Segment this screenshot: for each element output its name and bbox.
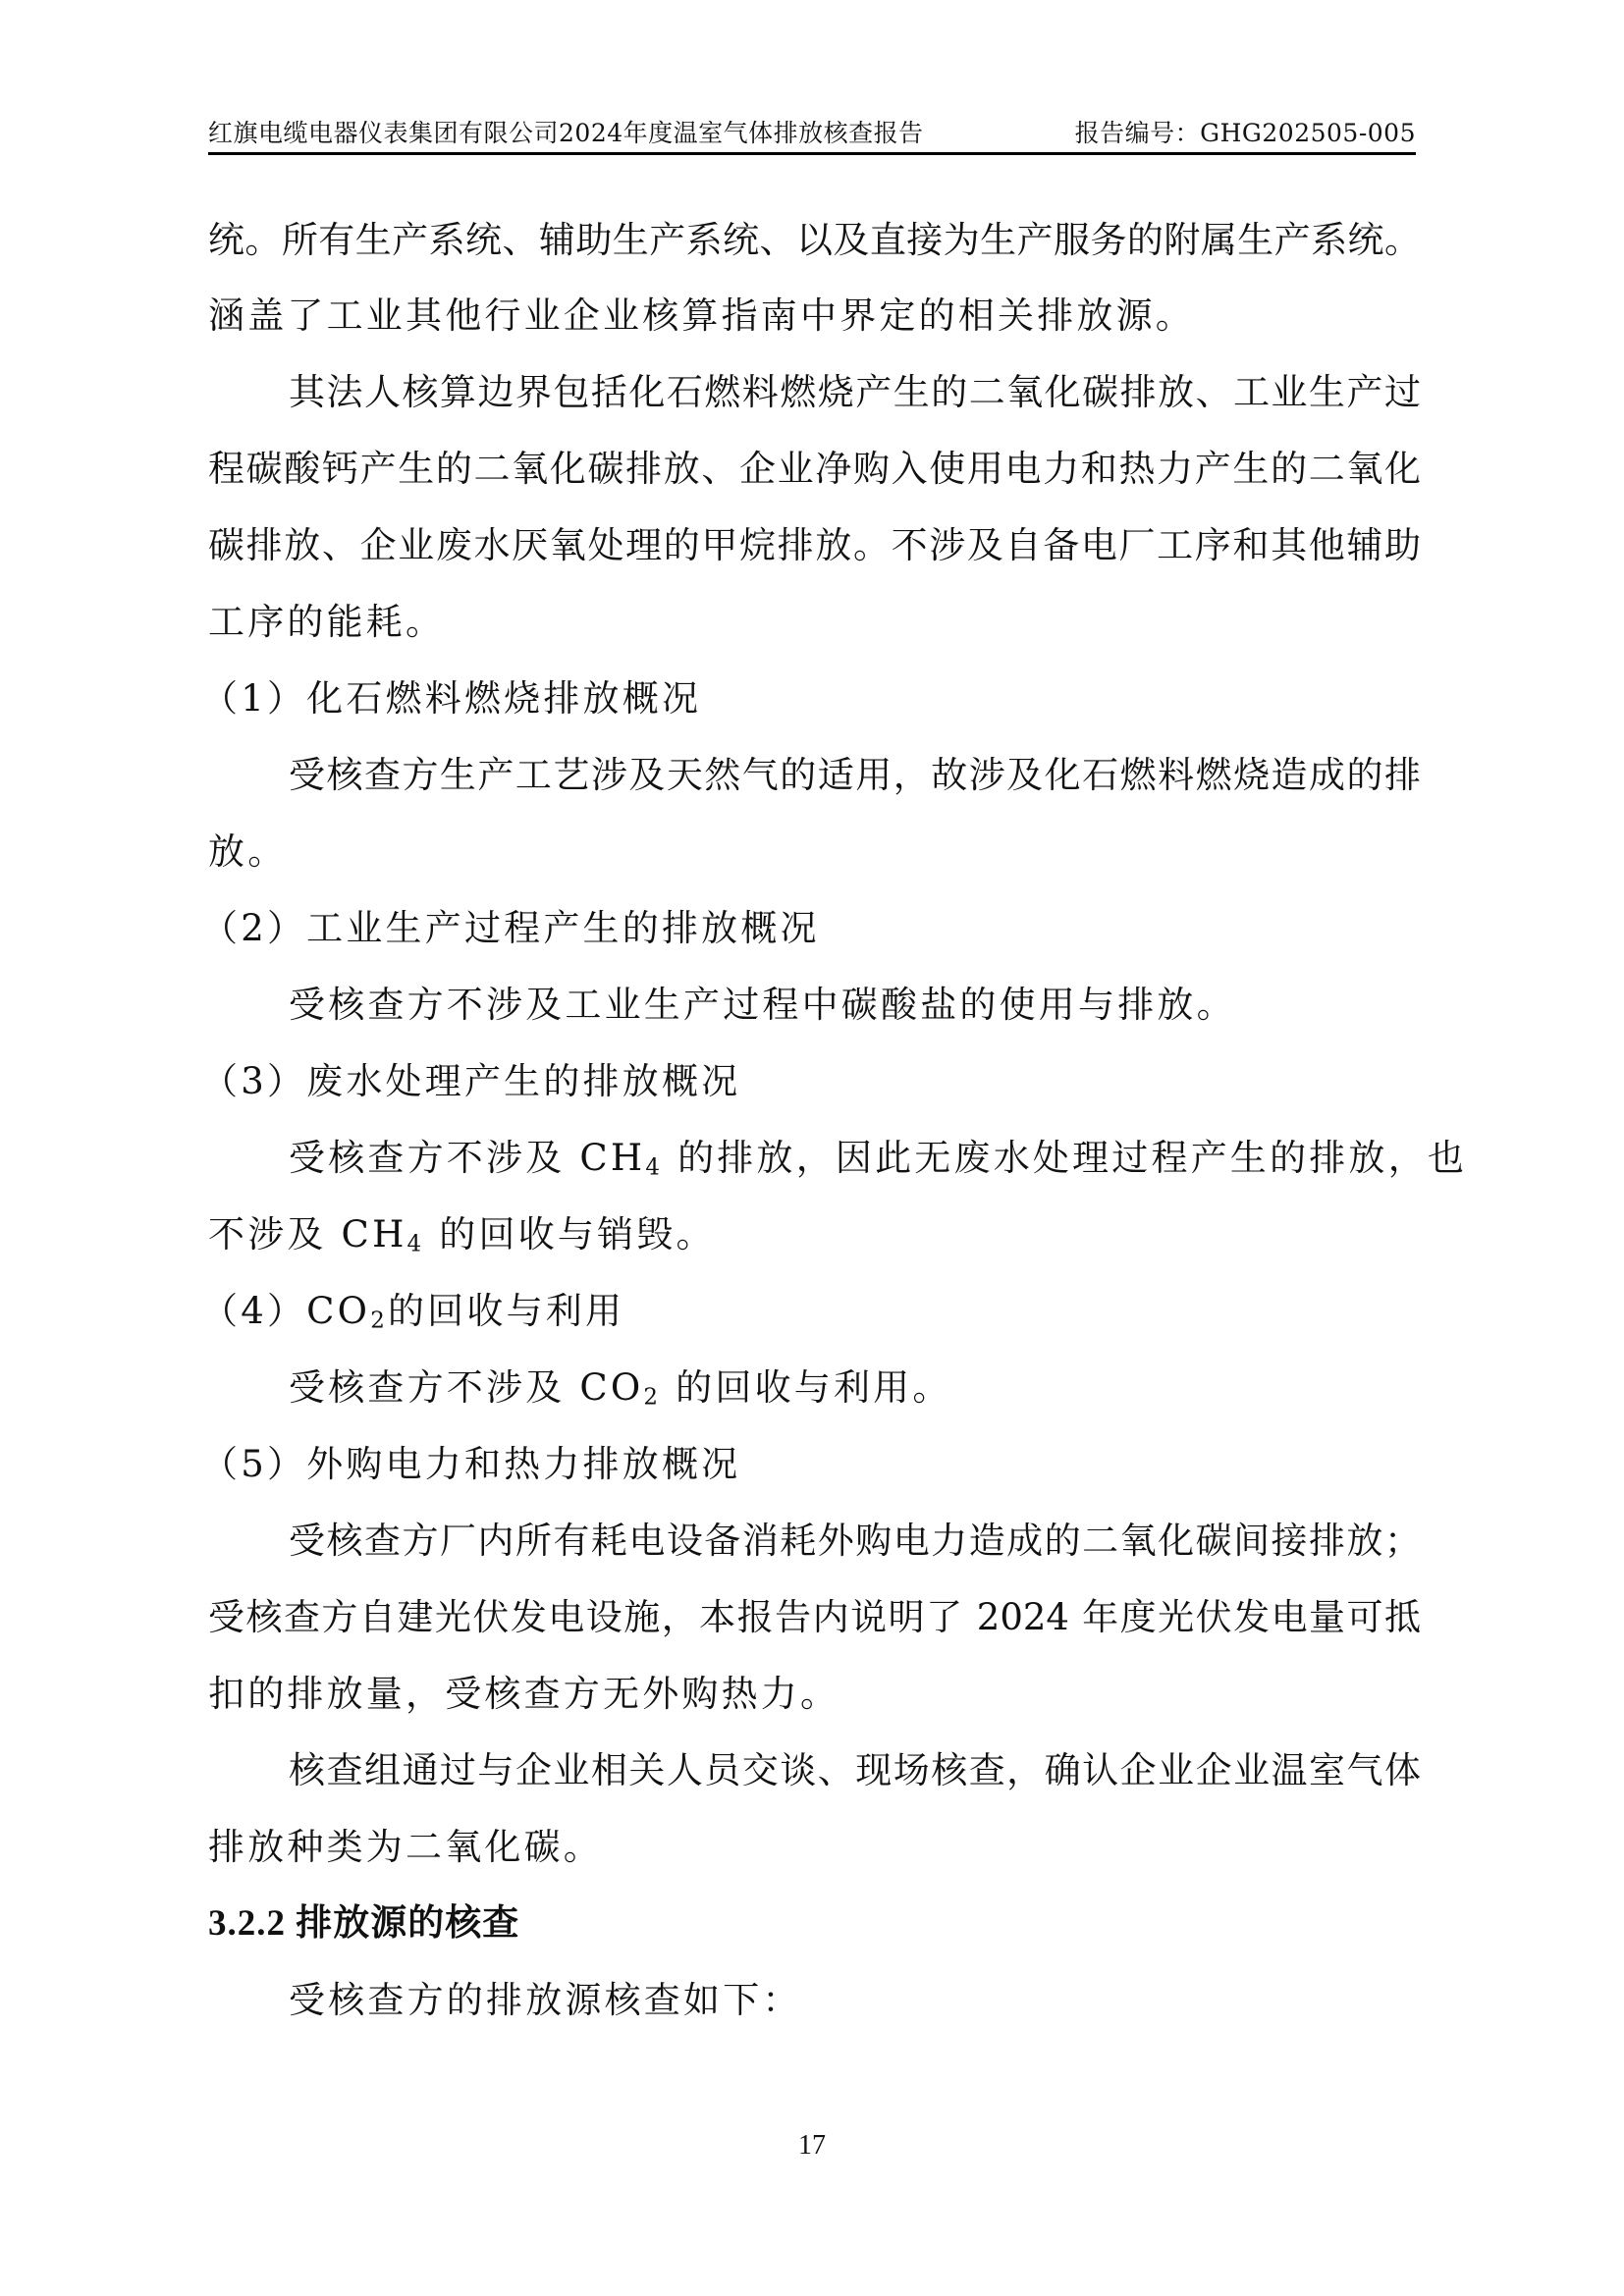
page-number: 17 xyxy=(0,2128,1624,2163)
report-number-value: GHG202505-005 xyxy=(1200,119,1416,147)
paragraph-line: 碳排放、企业废水厌氧处理的甲烷排放。不涉及自备电厂工序和其他辅助 xyxy=(208,516,1421,575)
document-page: 红旗电缆电器仪表集团有限公司2024年度温室气体排放核查报告 报告编号：GHG2… xyxy=(0,0,1624,2296)
header-report-number: 报告编号：GHG202505-005 xyxy=(1075,116,1416,151)
paragraph-line: 不涉及 CH4 的回收与销毁。 xyxy=(208,1205,1421,1264)
subsection-heading-5: （5）外购电力和热力排放概况 xyxy=(201,1435,1414,1494)
header-report-title: 红旗电缆电器仪表集团有限公司2024年度温室气体排放核查报告 xyxy=(208,116,924,151)
subsection-heading-3: （3）废水处理产生的排放概况 xyxy=(201,1052,1414,1111)
header-divider xyxy=(208,152,1416,155)
paragraph-line: 核查组通过与企业相关人员交谈、现场核查，确认企业企业温室气体 xyxy=(289,1741,1421,1800)
paragraph-line: 受核查方不涉及 CH4 的排放，因此无废水处理过程产生的排放，也 xyxy=(289,1129,1421,1188)
paragraph-line: 扣的排放量，受核查方无外购热力。 xyxy=(208,1665,1421,1724)
paragraph-line: 受核查方自建光伏发电设施，本报告内说明了 2024 年度光伏发电量可抵 xyxy=(208,1588,1421,1647)
subsection-heading-4: （4）CO2的回收与利用 xyxy=(201,1282,1414,1341)
section-title: 排放源的核查 xyxy=(296,1903,519,1944)
running-header: 红旗电缆电器仪表集团有限公司2024年度温室气体排放核查报告 报告编号：GHG2… xyxy=(208,116,1416,151)
report-number-label: 报告编号： xyxy=(1075,119,1201,147)
paragraph-line: 排放种类为二氧化碳。 xyxy=(208,1818,1421,1877)
subsection-heading-2: （2）工业生产过程产生的排放概况 xyxy=(201,899,1414,958)
paragraph-line: 工序的能耗。 xyxy=(208,593,1421,652)
paragraph-line: 涵盖了工业其他行业企业核算指南中界定的相关排放源。 xyxy=(208,287,1421,346)
paragraph-line: 受核查方不涉及 CO2 的回收与利用。 xyxy=(289,1359,1421,1417)
paragraph-line: 放。 xyxy=(208,823,1421,881)
subsection-heading-1: （1）化石燃料燃烧排放概况 xyxy=(201,669,1414,728)
paragraph-line: 受核查方的排放源核查如下： xyxy=(289,1971,1421,2030)
paragraph-line: 程碳酸钙产生的二氧化碳排放、企业净购入使用电力和热力产生的二氧化 xyxy=(208,440,1421,499)
paragraph-line: 受核查方厂内所有耗电设备消耗外购电力造成的二氧化碳间接排放； xyxy=(289,1512,1421,1571)
paragraph-line: 统。所有生产系统、辅助生产系统、以及直接为生产服务的附属生产系统。 xyxy=(208,211,1421,270)
section-heading: 3.2.2 排放源的核查 xyxy=(208,1895,1421,1953)
paragraph-line: 其法人核算边界包括化石燃料燃烧产生的二氧化碳排放、工业生产过 xyxy=(289,363,1421,422)
section-number: 3.2.2 xyxy=(208,1903,286,1944)
paragraph-line: 受核查方不涉及工业生产过程中碳酸盐的使用与排放。 xyxy=(289,976,1421,1035)
paragraph-line: 受核查方生产工艺涉及天然气的适用，故涉及化石燃料燃烧造成的排 xyxy=(289,746,1421,805)
